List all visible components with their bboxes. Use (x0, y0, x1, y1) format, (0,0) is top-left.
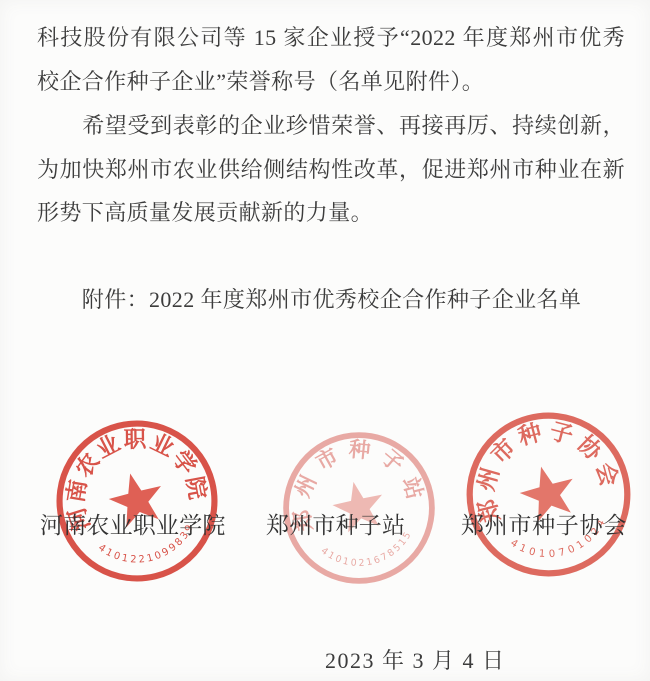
body-text-line: 科技股份有限公司等 15 家企业授予“2022 年度郑州市优秀 (37, 23, 625, 53)
body-text-line: 校企合作种子企业”荣誉称号（名单见附件）。 (37, 67, 625, 97)
seal-stamp-graphic: 郑州市种子协会 41010701024 (462, 408, 635, 581)
attachment-text-line: 附件：2022 年度郑州市优秀校企合作种子企业名单 (37, 285, 625, 315)
official-seal-zhengzhou-seed-association: 郑州市种子协会 41010701024 (462, 408, 635, 581)
official-seal-henan-agricultural-vocational-college: 河南农业职业学院 4101221099839 (52, 416, 222, 586)
body-text-line: 为加快郑州市农业供给侧结构性改革，促进郑州市种业在新 (37, 155, 625, 185)
date-line: 2023 年 3 月 4 日 (325, 644, 506, 675)
signer-name-zhengzhou-seed-association: 郑州市种子协会 (461, 507, 627, 540)
signer-name-henan-agricultural-vocational-college: 河南农业职业学院 (40, 507, 226, 540)
document-page: 科技股份有限公司等 15 家企业授予“2022 年度郑州市优秀 校企合作种子企业… (0, 0, 650, 681)
seal-stamp-graphic: 河南农业职业学院 4101221099839 (52, 416, 222, 586)
body-text-line: 希望受到表彰的企业珍惜荣誉、再接再厉、持续创新， (37, 111, 625, 141)
signer-name-zhengzhou-seed-station: 郑州市种子站 (266, 507, 405, 540)
body-text-line: 形势下高质量发展贡献新的力量。 (37, 198, 625, 228)
